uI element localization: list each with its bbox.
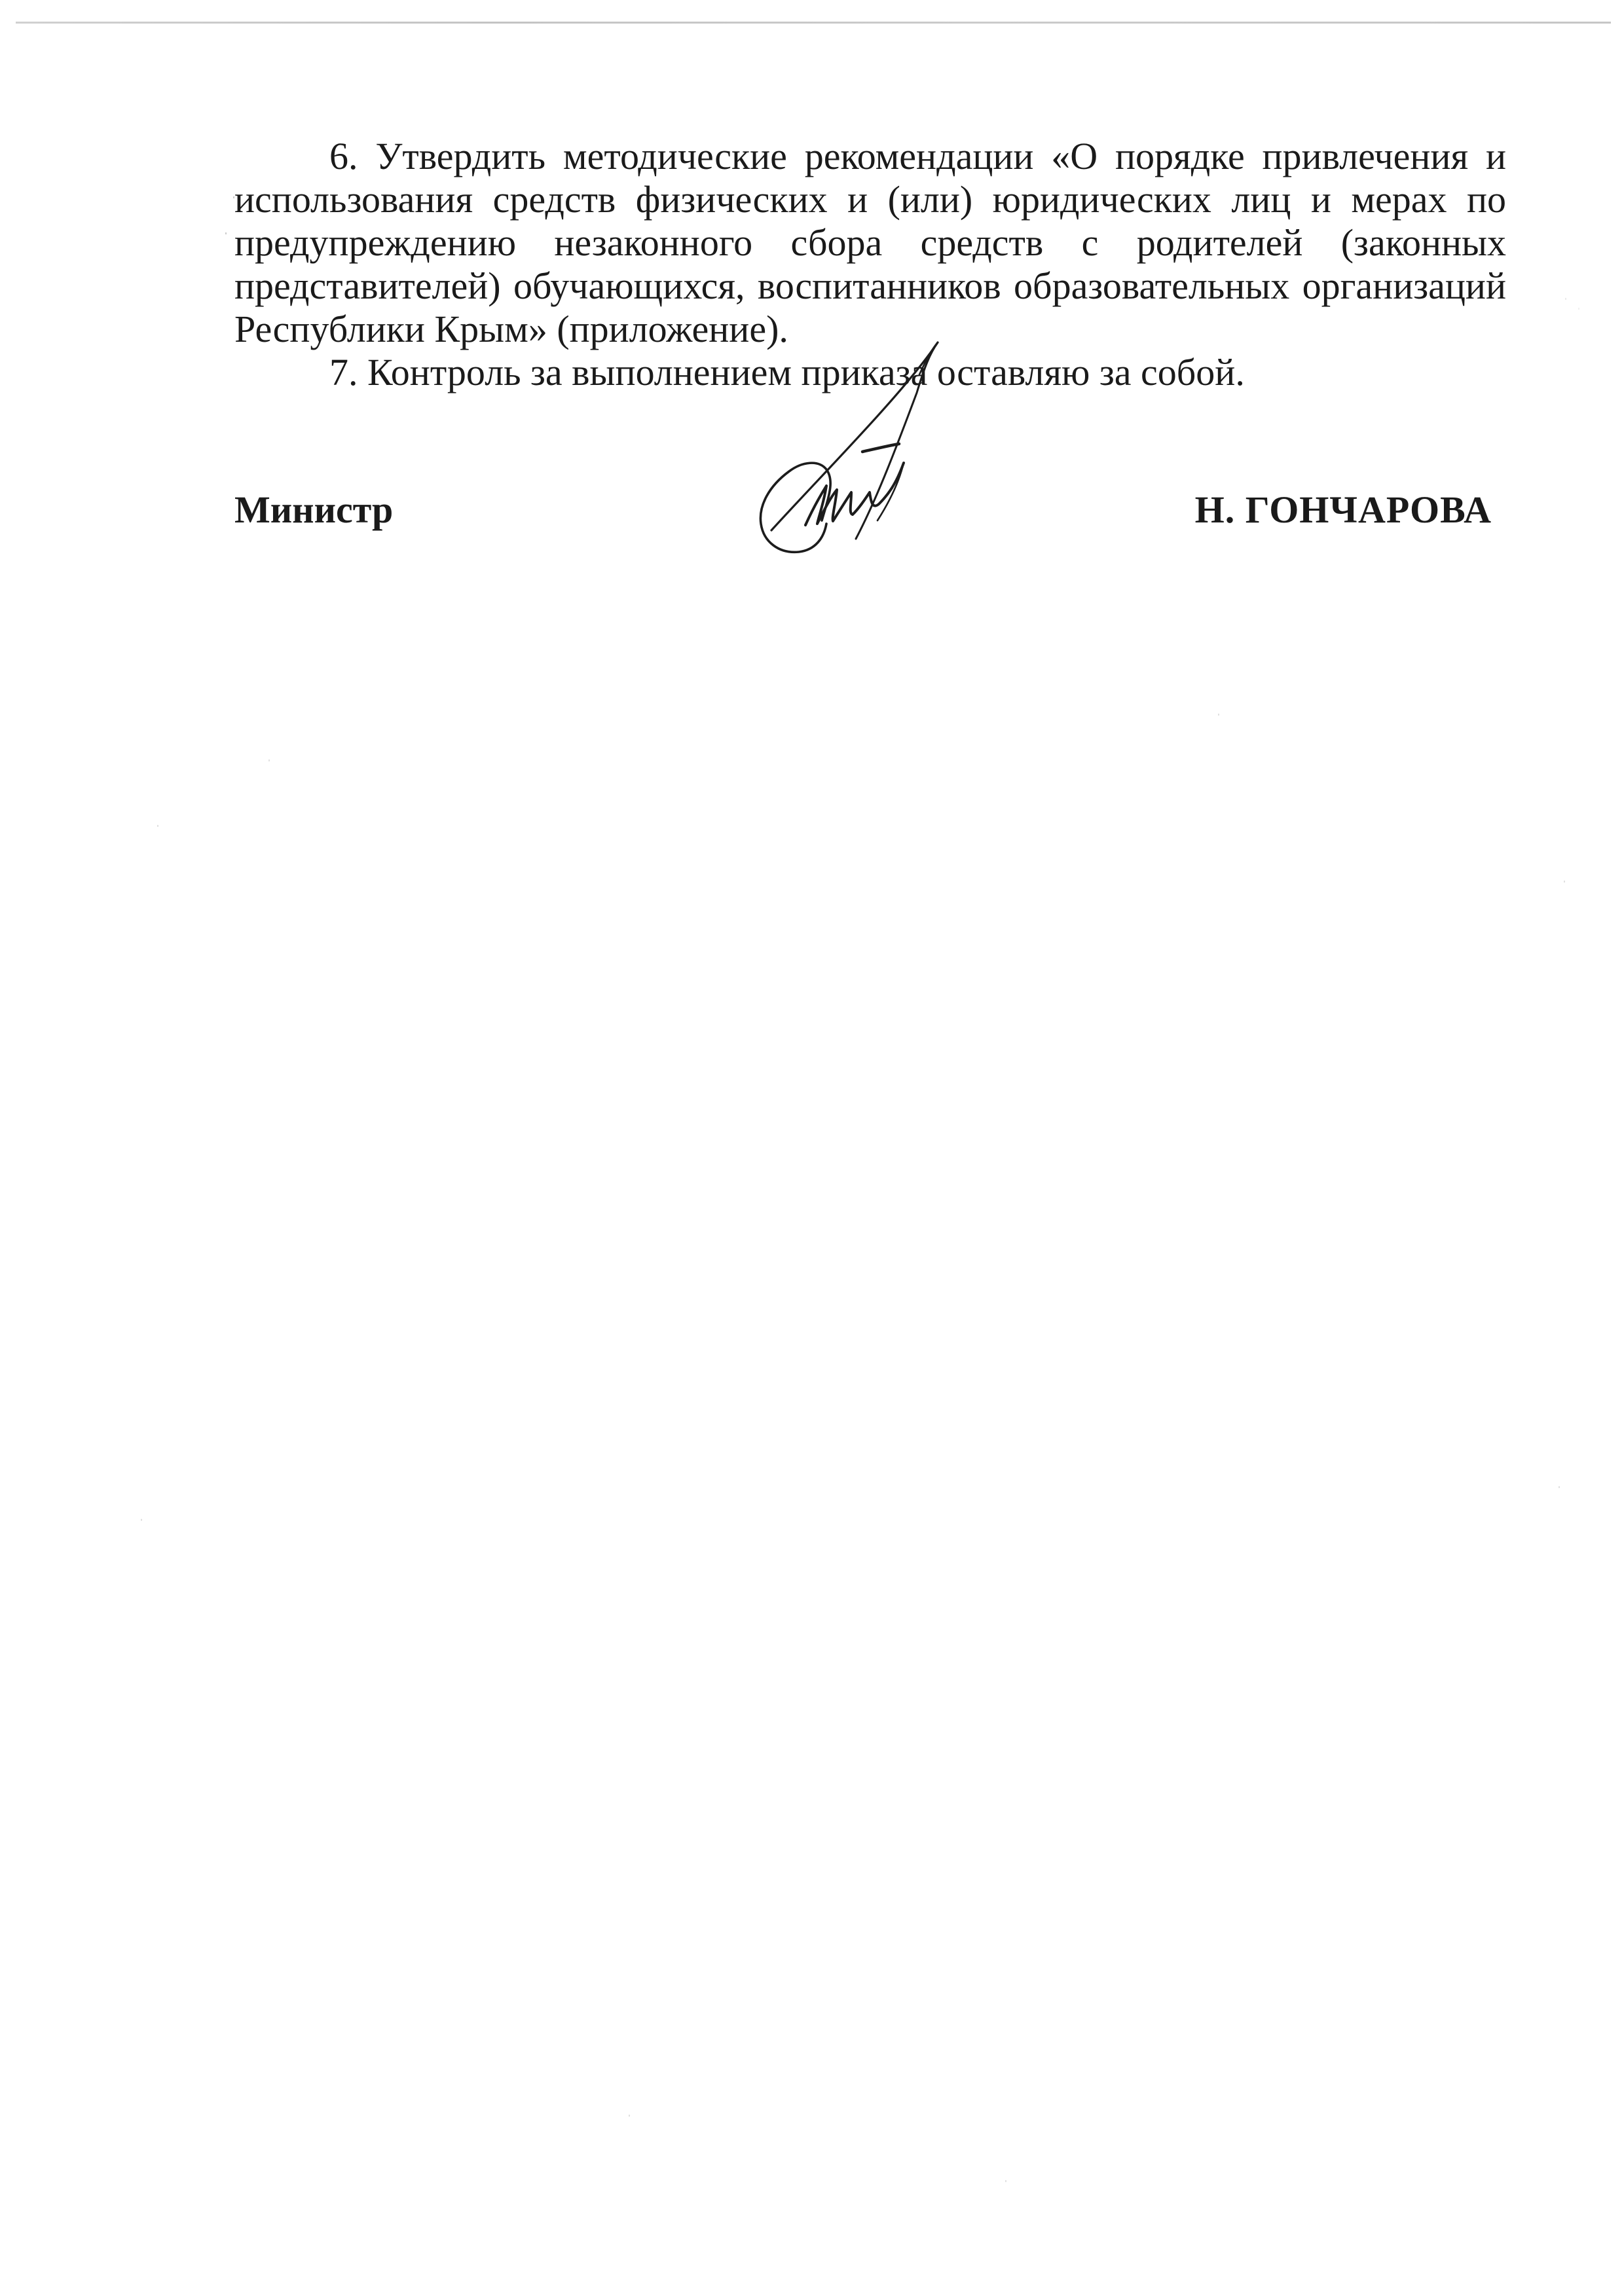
scan-speck — [268, 759, 270, 761]
scan-speck — [1564, 881, 1565, 883]
scan-speck — [141, 1519, 142, 1521]
position-title: Министр — [234, 487, 393, 533]
scan-speck — [1565, 298, 1566, 300]
scan-speck — [1578, 308, 1579, 310]
scan-top-edge-line — [16, 22, 1611, 24]
scan-speck — [157, 825, 158, 827]
scan-speck — [629, 2115, 630, 2117]
handwritten-signature-icon — [720, 327, 969, 576]
signatory-name: Н. ГОНЧАРОВА — [1195, 487, 1492, 533]
scan-speck — [1005, 2180, 1006, 2182]
scan-speck — [233, 196, 234, 198]
scan-speck — [225, 232, 227, 234]
scan-speck — [1559, 1486, 1560, 1488]
scan-speck — [1218, 714, 1219, 716]
paragraph-6: 6. Утвердить методические рекомендации «… — [234, 135, 1506, 351]
